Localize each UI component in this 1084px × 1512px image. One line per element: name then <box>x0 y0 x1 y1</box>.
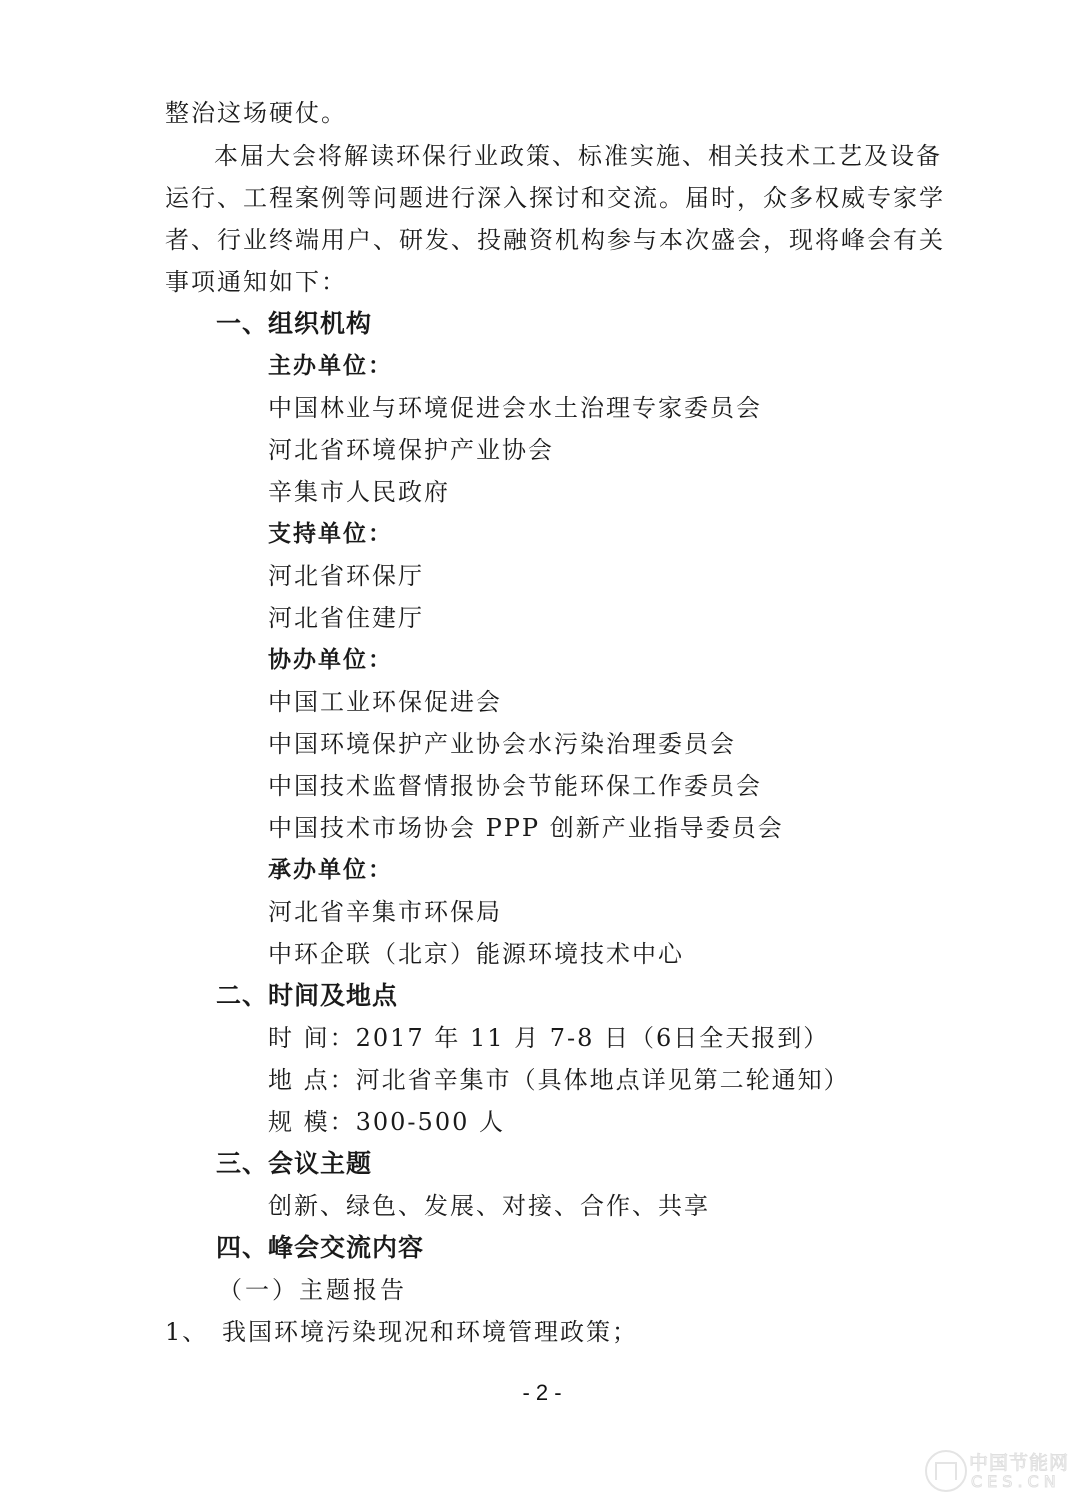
paragraph-line: 事项通知如下： <box>165 267 347 297</box>
list-item-number: 1、 <box>165 1317 208 1347</box>
org-item: 中国技术市场协会 PPP 创新产业指导委员会 <box>268 813 784 843</box>
org-item: 中环企联（北京）能源环境技术中心 <box>268 939 684 969</box>
group-label-support: 支持单位： <box>268 519 393 549</box>
paragraph-line: 本届大会将解读环保行业政策、标准实施、相关技术工艺及设备 <box>214 141 942 171</box>
location-row: 地 点：河北省辛集市（具体地点详见第二轮通知） <box>268 1065 850 1095</box>
org-item: 中国林业与环境促进会水土治理专家委员会 <box>268 393 762 423</box>
watermark-en: CES.CN <box>971 1472 1061 1491</box>
watermark-cn: 中国节能网 <box>969 1448 1069 1475</box>
section-heading-content: 四、峰会交流内容 <box>216 1233 424 1263</box>
group-label-co-organizer: 协办单位： <box>268 645 393 675</box>
org-item: 河北省住建厅 <box>268 603 424 633</box>
section-heading-theme: 三、会议主题 <box>216 1149 372 1179</box>
page-number: - 2 - <box>0 1380 1084 1406</box>
group-label-host: 主办单位： <box>268 351 393 381</box>
org-item: 河北省环保厅 <box>268 561 424 591</box>
paragraph-continuation: 整治这场硬仗。 <box>165 98 347 128</box>
org-item: 辛集市人民政府 <box>268 477 450 507</box>
scale-row: 规 模：300-500 人 <box>268 1107 505 1137</box>
paragraph-line: 运行、工程案例等问题进行深入探讨和交流。届时，众多权威专家学 <box>165 183 945 213</box>
time-row: 时 间：2017 年 11 月 7-8 日（6日全天报到） <box>268 1023 829 1053</box>
org-item: 中国环境保护产业协会水污染治理委员会 <box>268 729 736 759</box>
org-item: 中国技术监督情报协会节能环保工作委员会 <box>268 771 762 801</box>
section-heading-time-place: 二、时间及地点 <box>216 981 398 1011</box>
org-item: 河北省辛集市环保局 <box>268 897 502 927</box>
ces-logo-icon <box>925 1450 967 1492</box>
paragraph-line: 者、行业终端用户、研发、投融资机构参与本次盛会，现将峰会有关 <box>165 225 945 255</box>
theme-text: 创新、绿色、发展、对接、合作、共享 <box>268 1191 710 1221</box>
org-item: 河北省环境保护产业协会 <box>268 435 554 465</box>
list-item-text: 我国环境污染现况和环境管理政策； <box>222 1317 638 1347</box>
subsection-heading-keynote: （一）主题报告 <box>218 1275 407 1305</box>
group-label-undertaker: 承办单位： <box>268 855 393 885</box>
watermark: 中国节能网 CES.CN <box>925 1448 1075 1498</box>
org-item: 中国工业环保促进会 <box>268 687 502 717</box>
section-heading-organization: 一、组织机构 <box>216 309 372 339</box>
